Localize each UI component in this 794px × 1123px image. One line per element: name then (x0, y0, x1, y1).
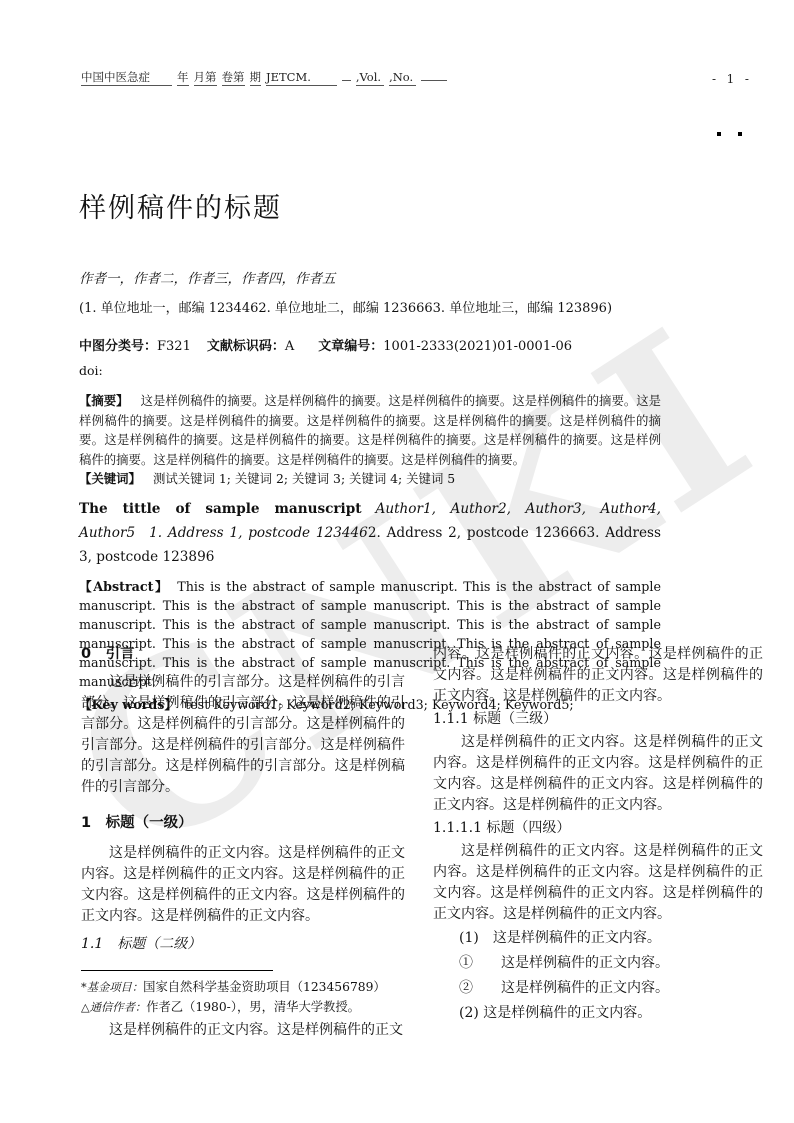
page-header: 中国中医急症年月第卷第期JETCM.,Vol.,No. - 1 - (81, 70, 750, 86)
paragraph-continuation: 内容。这是样例稿件的正文内容。这是样例稿件的正文内容。这是样例稿件的正文内容。这… (433, 644, 763, 707)
doc-code-value: A (285, 339, 294, 354)
english-affil-italic: 1. Address 1, postcode 123446 (149, 525, 368, 541)
footnote-rule (81, 970, 273, 971)
fund-project-text: 国家自然科学基金资助项目（123456789） (143, 980, 386, 994)
english-title-line: The tittle of sample manuscriptAuthor1, … (79, 497, 661, 569)
body-columns: 0 引言 这是样例稿件的引言部分。这是样例稿件的引言部分。这是样例稿件的引言部分… (81, 644, 763, 1041)
footnote-block: *基金项目：国家自然科学基金资助项目（123456789） △通信作者：作者乙（… (81, 970, 405, 1017)
body-paragraph: 这是样例稿件的正文内容。这是样例稿件的正文内容。这是样例稿件的正文内容。这是样例… (81, 843, 405, 927)
year-label: 年 (177, 70, 189, 86)
dot-mark (717, 132, 721, 136)
right-column: 内容。这是样例稿件的正文内容。这是样例稿件的正文内容。这是样例稿件的正文内容。这… (433, 644, 763, 1041)
month-label: 月第 (194, 70, 217, 86)
corresponding-author-label: △通信作者： (81, 1001, 146, 1014)
doc-code-label: 文献标识码： (207, 339, 285, 354)
blank-underline (342, 80, 351, 81)
page-number: - 1 - (712, 72, 750, 86)
blank-underline (421, 80, 447, 81)
article-no-label: 文章编号： (318, 339, 383, 354)
journal-name: 中国中医急症 (81, 70, 172, 86)
fund-project-label: *基金项目： (81, 981, 143, 994)
article-no-value: 1001-2333(2021)01-0001-06 (383, 339, 572, 354)
abstract-en-label: 【Abstract】 (79, 579, 169, 594)
clc-label: 中图分类号： (79, 339, 157, 354)
body-paragraph: 这是样例稿件的正文内容。这是样例稿件的正文内容。这是样例稿件的正文内容。这是样例… (433, 732, 763, 816)
list-item: (2) 这是样例稿件的正文内容。 (433, 1002, 763, 1025)
section-heading-level4: 1.1.1.1 标题（四级） (433, 818, 763, 839)
article-title: 样例稿件的标题 (79, 186, 661, 225)
corner-dot-marks (717, 121, 742, 140)
no-label: ,No. (389, 70, 416, 86)
affiliation-line: (1. 单位地址一，邮编 1234462. 单位地址二，邮编 1236663. … (79, 297, 661, 316)
manuscript-page: { "watermark": { "text": "CNKI", "color"… (0, 0, 794, 1123)
abstract-cn-text: 这是样例稿件的摘要。这是样例稿件的摘要。这是样例稿件的摘要。这是样例稿件的摘要。… (79, 393, 661, 467)
clc-value: F321 (157, 339, 191, 354)
keywords-cn-label: 【关键词】 (79, 471, 141, 486)
left-column: 0 引言 这是样例稿件的引言部分。这是样例稿件的引言部分。这是样例稿件的引言部分… (81, 644, 405, 1041)
body-paragraph-continued: 这是样例稿件的正文内容。这是样例稿件的正文 (81, 1020, 405, 1041)
abstract-cn-label: 【摘要】 (79, 393, 129, 408)
intro-paragraph: 这是样例稿件的引言部分。这是样例稿件的引言部分。这是样例稿件的引言部分。这是样例… (81, 672, 405, 798)
corresponding-author-text: 作者乙（1980-），男，清华大学教授。 (146, 1000, 360, 1014)
footnote-corresponding-line: △通信作者：作者乙（1980-），男，清华大学教授。 (81, 998, 405, 1018)
issue-label: 期 (250, 70, 262, 86)
section-heading-level1: 1 标题（一级） (81, 813, 405, 833)
front-matter: 样例稿件的标题 作者一，作者二，作者三，作者四，作者五 (1. 单位地址一，邮编… (79, 186, 661, 714)
volume-label: 卷第 (222, 70, 245, 86)
doi-line: doi: (79, 363, 661, 378)
list-item: ② 这是样例稿件的正文内容。 (433, 977, 763, 1000)
keywords-cn-text: 测试关键词 1; 关键词 2; 关键词 3; 关键词 4; 关键词 5 (153, 471, 455, 486)
list-item: ① 这是样例稿件的正文内容。 (433, 952, 763, 975)
english-title: The tittle of sample manuscript (79, 501, 362, 517)
classification-line: 中图分类号：F321文献标识码：A文章编号：1001-2333(2021)01-… (79, 335, 661, 354)
section-heading-intro: 0 引言 (81, 644, 405, 664)
keywords-cn: 【关键词】测试关键词 1; 关键词 2; 关键词 3; 关键词 4; 关键词 5 (79, 469, 661, 489)
journal-abbrev: JETCM. (266, 70, 337, 86)
journal-info-line: 中国中医急症年月第卷第期JETCM.,Vol.,No. (81, 70, 452, 86)
footnote-fund-line: *基金项目：国家自然科学基金资助项目（123456789） (81, 978, 405, 998)
list-item: (1) 这是样例稿件的正文内容。 (433, 927, 763, 950)
vol-label: ,Vol. (356, 70, 384, 86)
dot-mark (738, 132, 742, 136)
abstract-cn: 【摘要】这是样例稿件的摘要。这是样例稿件的摘要。这是样例稿件的摘要。这是样例稿件… (79, 391, 661, 469)
section-heading-level2: 1.1 标题（二级） (81, 934, 405, 954)
authors-line: 作者一，作者二，作者三，作者四，作者五 (79, 267, 661, 287)
body-paragraph: 这是样例稿件的正文内容。这是样例稿件的正文内容。这是样例稿件的正文内容。这是样例… (433, 841, 763, 925)
section-heading-level3: 1.1.1 标题（三级） (433, 709, 763, 730)
